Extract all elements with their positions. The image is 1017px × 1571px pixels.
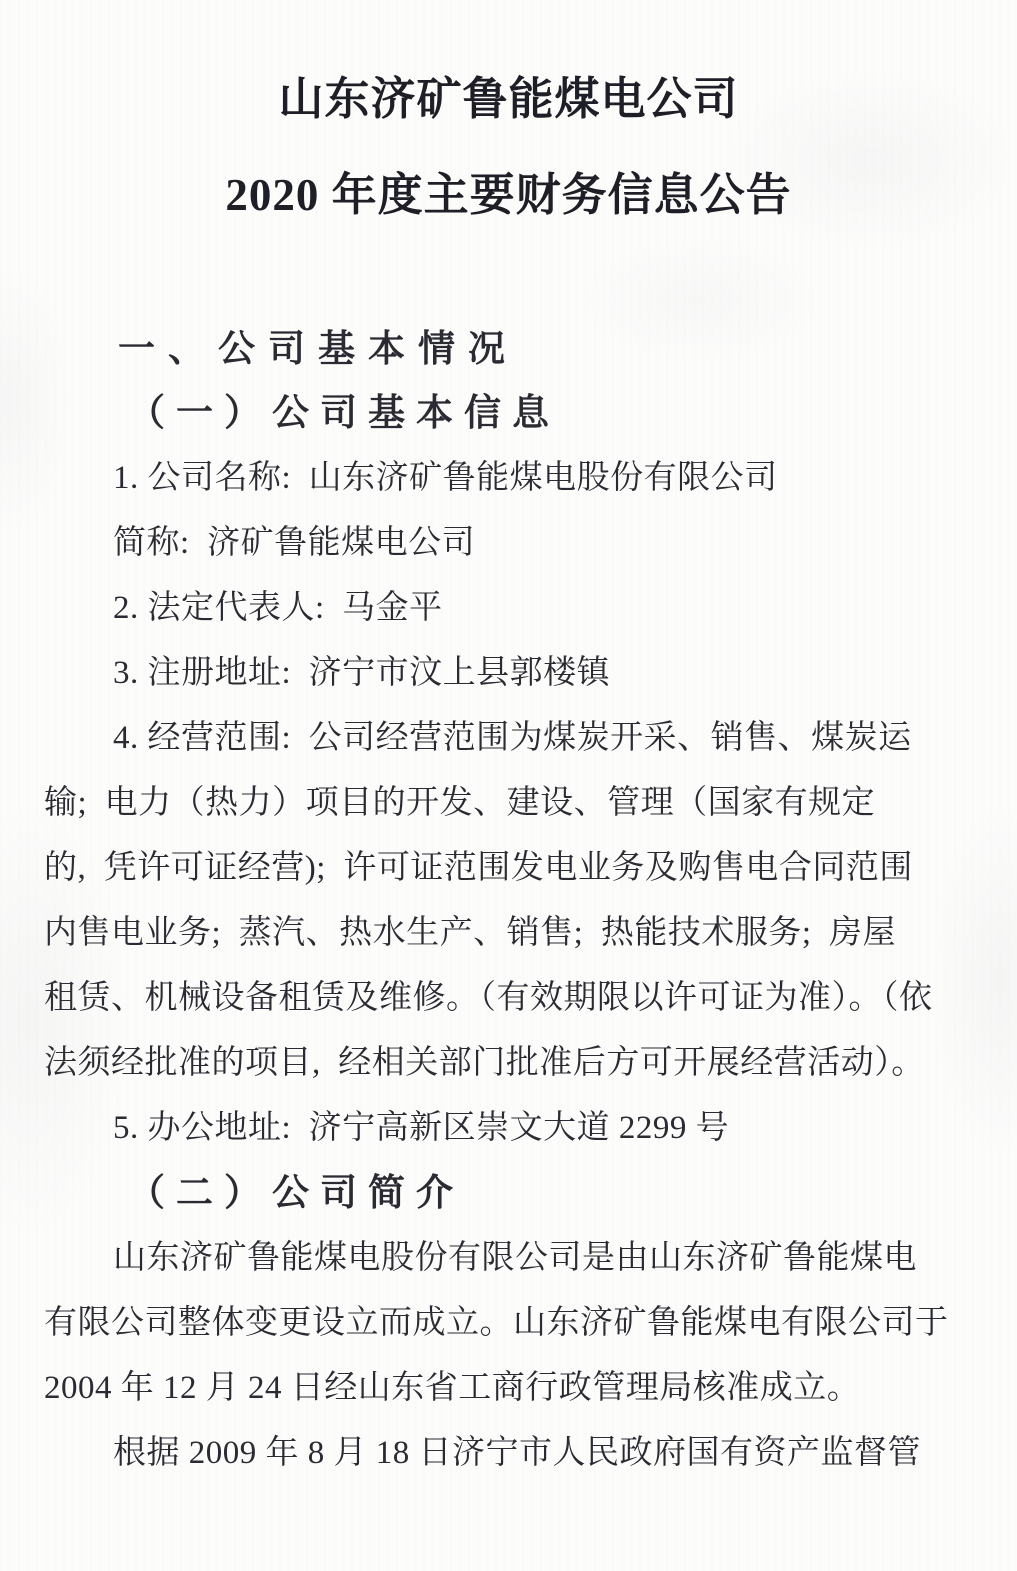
company-intro-para-1-line-1: 山东济矿鲁能煤电股份有限公司是由山东济矿鲁能煤电 [44, 1226, 987, 1291]
item-business-scope-line-5: 租赁、机械设备租赁及维修。（有效期限以许可证为准）。（依 [44, 966, 987, 1031]
document-title-line-2: 2020 年度主要财务信息公告 [0, 170, 1017, 220]
document-body: 一、公司基本情况 （一）公司基本信息 1. 公司名称: 山东济矿鲁能煤电股份有限… [0, 316, 1017, 1486]
item-business-scope-line-3: 的, 凭许可证经营); 许可证范围发电业务及购售电合同范围 [44, 836, 987, 901]
document-title-block: 山东济矿鲁能煤电公司 2020 年度主要财务信息公告 [0, 0, 1017, 220]
scanned-document-page: 山东济矿鲁能煤电公司 2020 年度主要财务信息公告 一、公司基本情况 （一）公… [0, 0, 1017, 1571]
subsection-1-1-heading: （一）公司基本信息 [44, 381, 987, 446]
item-business-scope-line-6: 法须经批准的项目, 经相关部门批准后方可开展经营活动）。 [44, 1031, 987, 1096]
item-office-address: 5. 办公地址: 济宁高新区崇文大道 2299 号 [44, 1096, 987, 1161]
item-company-abbreviation: 简称: 济矿鲁能煤电公司 [44, 511, 987, 576]
document-title-line-1: 山东济矿鲁能煤电公司 [0, 74, 1017, 124]
item-company-name: 1. 公司名称: 山东济矿鲁能煤电股份有限公司 [44, 446, 987, 511]
item-business-scope-line-2: 输; 电力（热力）项目的开发、建设、管理（国家有规定 [44, 771, 987, 836]
item-legal-representative: 2. 法定代表人: 马金平 [44, 576, 987, 641]
section-1-heading: 一、公司基本情况 [44, 316, 987, 381]
company-intro-para-2-line-1: 根据 2009 年 8 月 18 日济宁市人民政府国有资产监督管 [44, 1421, 987, 1486]
company-intro-para-1-line-3: 2004 年 12 月 24 日经山东省工商行政管理局核准成立。 [44, 1356, 987, 1421]
item-registered-address: 3. 注册地址: 济宁市汶上县郭楼镇 [44, 641, 987, 706]
item-business-scope-line-4: 内售电业务; 蒸汽、热水生产、销售; 热能技术服务; 房屋 [44, 901, 987, 966]
subsection-1-2-heading: （二）公司简介 [44, 1161, 987, 1226]
company-intro-para-1-line-2: 有限公司整体变更设立而成立。山东济矿鲁能煤电有限公司于 [44, 1291, 987, 1356]
item-business-scope-line-1: 4. 经营范围: 公司经营范围为煤炭开采、销售、煤炭运 [44, 706, 987, 771]
